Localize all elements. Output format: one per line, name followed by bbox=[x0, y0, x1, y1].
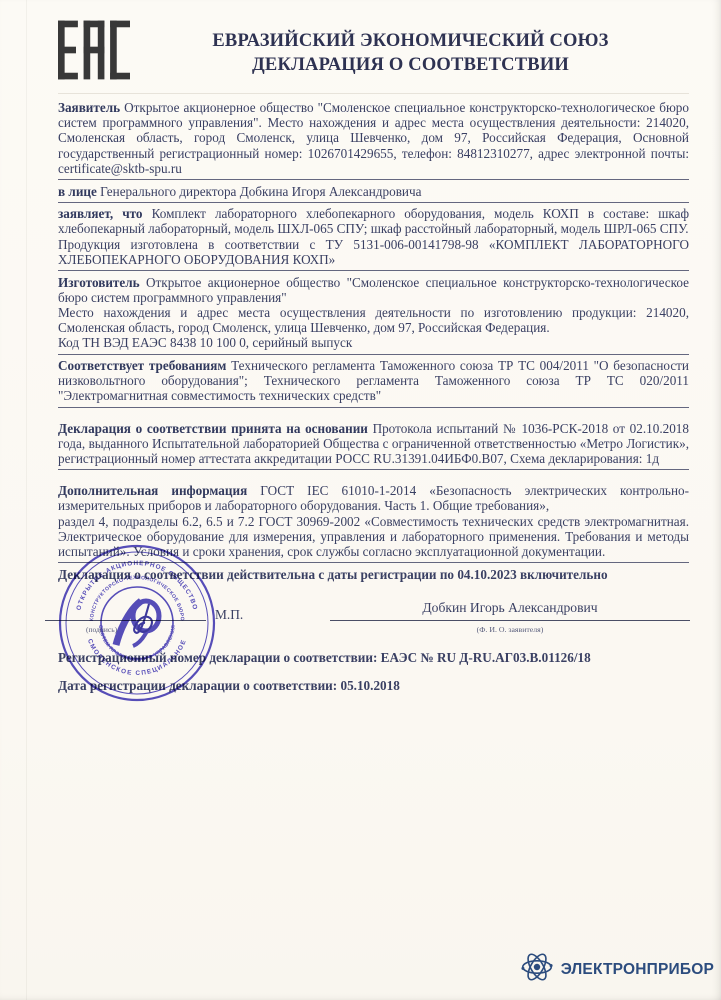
section-divider bbox=[58, 179, 689, 180]
document-body: Заявитель Открытое акционерное общество … bbox=[58, 100, 689, 693]
eac-mark-icon bbox=[58, 19, 130, 86]
fullname-line bbox=[330, 620, 690, 621]
section-divider bbox=[58, 407, 689, 408]
registration-number-value: ЕАЭС № RU Д-RU.АГ03.В.01126/18 bbox=[381, 650, 591, 665]
section-complies: Соответствует требованиям Технического р… bbox=[58, 358, 689, 404]
section-additional: Дополнительная информация ГОСТ IEC 61010… bbox=[58, 483, 689, 559]
in-person-text: Генерального директора Добкина Игоря Але… bbox=[100, 184, 421, 199]
applicant-text: Открытое акционерное общество "Смоленско… bbox=[58, 100, 689, 176]
additional-label: Дополнительная информация bbox=[58, 483, 247, 498]
section-in-person: в лице Генерального директора Добкина Иг… bbox=[58, 184, 689, 199]
page-title-line1: ЕВРАЗИЙСКИЙ ЭКОНОМИЧЕСКИЙ СОЮЗ bbox=[130, 30, 691, 54]
stamp-place-label: М.П. bbox=[215, 607, 243, 622]
registration-date-row: Дата регистрации декларации о соответств… bbox=[58, 678, 689, 693]
brand-name: ЭЛЕКТРОНПРИБОР bbox=[561, 961, 714, 979]
page-title: ЕВРАЗИЙСКИЙ ЭКОНОМИЧЕСКИЙ СОЮЗ ДЕКЛАРАЦИ… bbox=[130, 19, 691, 77]
additional-text2: раздел 4, подразделы 6.2, 6.5 и 7.2 ГОСТ… bbox=[58, 514, 689, 560]
declares-text: Комплект лабораторного хлебопекарного об… bbox=[58, 206, 689, 236]
basis-label: Декларация о соответствии принята на осн… bbox=[58, 421, 368, 436]
applicant-fullname: Добкин Игорь Александрович bbox=[330, 600, 690, 615]
section-divider bbox=[58, 270, 689, 271]
in-person-label: в лице bbox=[58, 184, 97, 199]
registration-number-label: Регистрационный номер декларации о соотв… bbox=[58, 650, 377, 665]
section-manufacturer: Изготовитель Открытое акционерное общест… bbox=[58, 275, 689, 351]
registration-date-value: 05.10.2018 bbox=[340, 678, 399, 693]
header-divider bbox=[58, 93, 689, 94]
signature-caption: (подпись) bbox=[86, 622, 117, 637]
section-divider bbox=[58, 469, 689, 470]
manufacturer-address-text: Место нахождения и адрес места осуществл… bbox=[58, 305, 689, 335]
page-title-line2: ДЕКЛАРАЦИЯ О СООТВЕТСТВИИ bbox=[130, 54, 691, 78]
scan-edge-artifact bbox=[26, 0, 27, 1000]
declares-label: заявляет, что bbox=[58, 206, 143, 221]
section-divider bbox=[58, 354, 689, 355]
section-divider bbox=[58, 202, 689, 203]
atom-icon bbox=[518, 948, 556, 991]
section-declares: заявляет, что Комплект лабораторного хле… bbox=[58, 206, 689, 267]
document-header: ЕВРАЗИЙСКИЙ ЭКОНОМИЧЕСКИЙ СОЮЗ ДЕКЛАРАЦИ… bbox=[0, 0, 721, 86]
signature-block: (подпись) М.П. Добкин Игорь Александрови… bbox=[58, 587, 689, 645]
validity-statement: Декларация о соответствии действительна … bbox=[58, 567, 689, 582]
fullname-caption: (Ф. И. О. заявителя) bbox=[330, 622, 690, 637]
section-applicant: Заявитель Открытое акционерное общество … bbox=[58, 100, 689, 176]
signature-line bbox=[45, 620, 206, 621]
applicant-label: Заявитель bbox=[58, 100, 120, 115]
section-basis: Декларация о соответствии принята на осн… bbox=[58, 421, 689, 467]
registration-number-row: Регистрационный номер декларации о соотв… bbox=[58, 650, 689, 665]
section-divider bbox=[58, 562, 689, 563]
brand-footer: ЭЛЕКТРОНПРИБОР bbox=[518, 948, 714, 991]
document-page: ЕВРАЗИЙСКИЙ ЭКОНОМИЧЕСКИЙ СОЮЗ ДЕКЛАРАЦИ… bbox=[0, 0, 721, 1000]
complies-label: Соответствует требованиям bbox=[58, 358, 226, 373]
manufacturer-label: Изготовитель bbox=[58, 275, 140, 290]
manufacturer-code-text: Код ТН ВЭД ЕАЭС 8438 10 100 0, серийный … bbox=[58, 335, 689, 350]
manufacturer-text: Открытое акционерное общество "Смоленско… bbox=[58, 275, 689, 305]
declares-production-text: Продукция изготовлена в соответствии с Т… bbox=[58, 237, 689, 267]
registration-date-label: Дата регистрации декларации о соответств… bbox=[58, 678, 337, 693]
